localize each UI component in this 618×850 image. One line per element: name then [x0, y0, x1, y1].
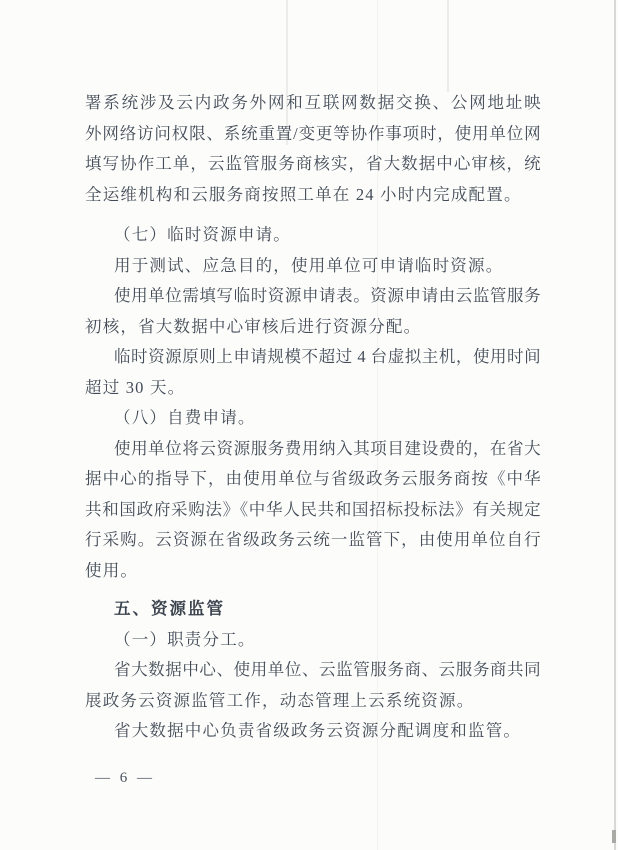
- text-line: （一）职责分工。: [85, 625, 541, 656]
- text-line: 署系统涉及云内政务外网和互联网数据交换、公网地址映射、对: [85, 88, 541, 119]
- text-line: 使用。: [85, 556, 541, 587]
- text-line: 省大数据中心负责省级政务云资源分配调度和监管。: [85, 716, 541, 747]
- text-line: （八）自费申请。: [85, 403, 541, 434]
- text-line: 初核，省大数据中心审核后进行资源分配。: [85, 312, 541, 343]
- text-line: 外网络访问权限、系统重置/变更等协作事项时，使用单位网上: [85, 119, 541, 150]
- document-body-text: 署系统涉及云内政务外网和互联网数据交换、公网地址映射、对外网络访问权限、系统重置…: [85, 88, 541, 747]
- page-right-edge: [614, 0, 616, 850]
- scan-artifact-line: [447, 0, 449, 92]
- text-line: 行采购。云资源在省级政务云统一监管下，由使用单位自行调配: [85, 525, 541, 556]
- text-line: 超过 30 天。: [85, 373, 541, 404]
- page-number: — 6 —: [95, 768, 155, 788]
- scan-edge-mark: [612, 830, 616, 843]
- text-line: 使用单位将云资源服务费用纳入其项目建设费的，在省大数: [85, 434, 541, 465]
- text-line: 展政务云资源监管工作，动态管理上云系统资源。: [85, 686, 541, 717]
- text-line: 全运维机构和云服务商按照工单在 24 小时内完成配置。: [85, 180, 541, 211]
- text-line: （七）临时资源申请。: [85, 220, 541, 251]
- text-line: 临时资源原则上申请规模不超过 4 台虚拟主机，使用时间不: [85, 342, 541, 373]
- text-line: 使用单位需填写临时资源申请表。资源申请由云监管服务商: [85, 281, 541, 312]
- text-line: 共和国政府采购法》《中华人民共和国招标投标法》有关规定进: [85, 495, 541, 526]
- text-line: 据中心的指导下，由使用单位与省级政务云服务商按《中华人民: [85, 464, 541, 495]
- text-line: 填写协作工单，云监管服务商核实，省大数据中心审核，统一安: [85, 149, 541, 180]
- text-line: 省大数据中心、使用单位、云监管服务商、云服务商共同开: [85, 655, 541, 686]
- scanned-document-page: 署系统涉及云内政务外网和互联网数据交换、公网地址映射、对外网络访问权限、系统重置…: [0, 0, 618, 850]
- section-heading: 五、资源监管: [85, 594, 541, 625]
- text-line: 用于测试、应急目的，使用单位可申请临时资源。: [85, 251, 541, 282]
